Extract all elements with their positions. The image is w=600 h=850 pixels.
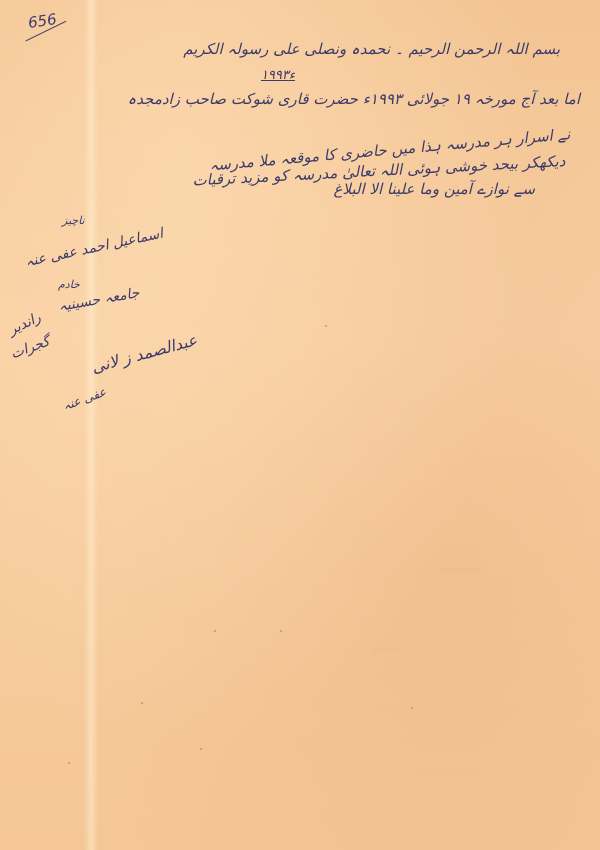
paper-speck (200, 748, 202, 750)
signature-label-nachiz: ناچیز (62, 214, 85, 227)
body-line-4: سے نوازے آمین وما علینا الا البلاغ (333, 180, 535, 198)
header-bismillah: بسم اللہ الرحمن الرحیم ۔ نحمدہ ونصلی علی… (183, 40, 560, 58)
signature-label-khadim: خادم (58, 278, 80, 291)
year-annotation: ۱۹۹۳ء (261, 68, 295, 83)
bleed-through-marks: 〰〰 (372, 640, 400, 660)
signature-location-2: گجرات (8, 334, 52, 363)
signature-location-1: راندیر (6, 310, 43, 339)
paper-speck (325, 325, 327, 327)
paper-speck (411, 707, 413, 709)
paper-speck (141, 702, 143, 704)
body-line-1: اما بعد آج مورخہ ۱۹ جولائی ۱۹۹۳ء حضرت قا… (128, 90, 581, 108)
paper-speck (214, 630, 216, 632)
document-page: 656 بسم اللہ الرحمن الرحیم ۔ نحمدہ ونصلی… (0, 0, 600, 850)
signature-name-2: عبدالصمد ز لانی (89, 330, 199, 376)
paper-speck (68, 762, 70, 764)
paper-fold-crease (84, 0, 98, 850)
bleed-through-marks: 〰〰〰 (438, 560, 480, 580)
paper-speck (280, 630, 282, 632)
page-number: 656 (27, 10, 58, 32)
